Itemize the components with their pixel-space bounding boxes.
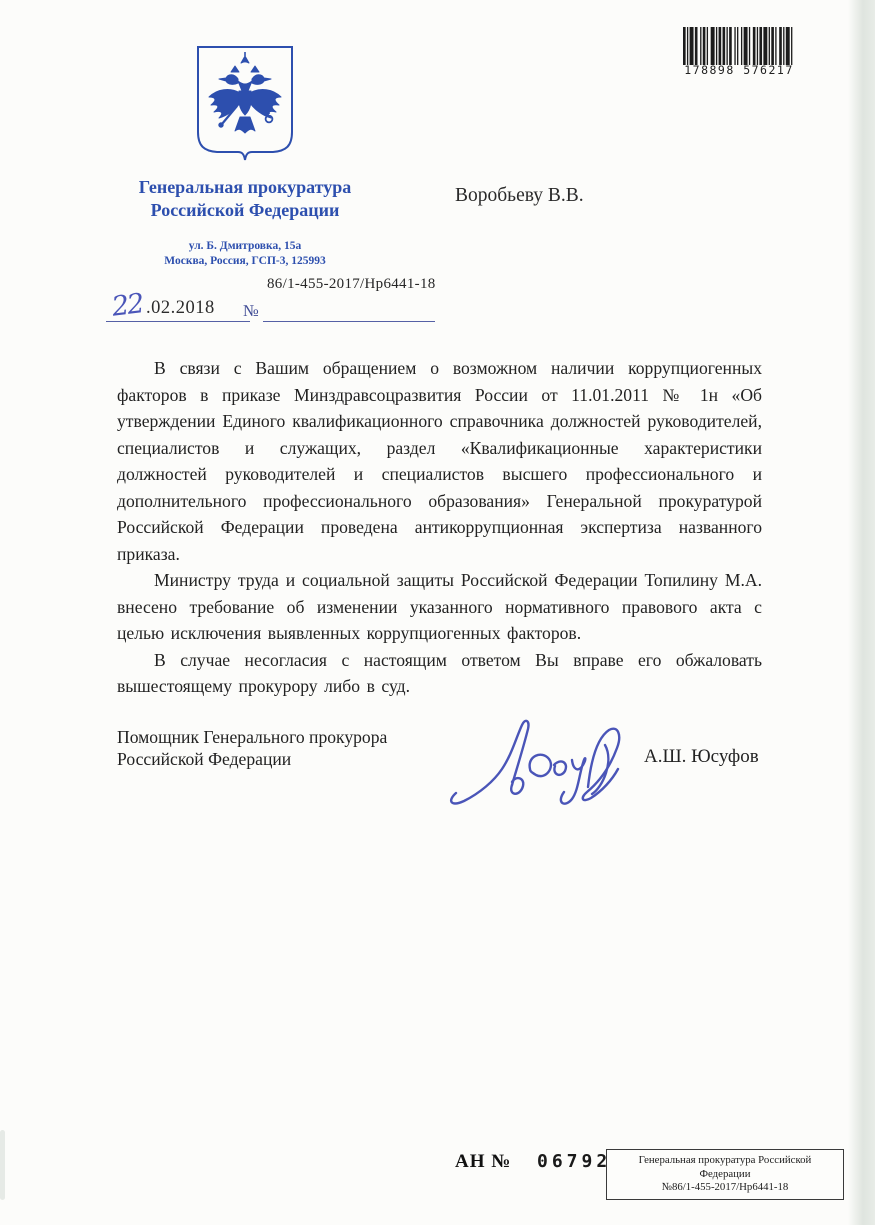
org-name-line2: Российской Федерации — [104, 199, 386, 222]
org-address-line1: ул. Б. Дмитровка, 15а — [104, 239, 386, 254]
stamp-org-line1: Генеральная прокуратура Российской — [613, 1154, 837, 1168]
barcode: 178898 576217 — [683, 27, 795, 76]
body-paragraph: В связи с Вашим обращением о возможном н… — [117, 355, 762, 567]
addressee-name: Воробьеву В.В. — [455, 185, 584, 207]
scan-edge-artifact — [0, 1130, 5, 1200]
body-paragraph: Министру труда и социальной защиты Росси… — [117, 567, 762, 647]
signatory-title-line2: Российской Федерации — [117, 749, 387, 771]
org-address: ул. Б. Дмитровка, 15а Москва, Россия, ГС… — [104, 239, 386, 268]
number-sign: № — [243, 301, 259, 321]
signatory-name: А.Ш. Юсуфов — [644, 746, 759, 768]
letter-body: В связи с Вашим обращением о возможном н… — [117, 355, 762, 700]
barcode-bars-icon — [683, 27, 795, 65]
number-underline — [263, 321, 435, 322]
outgoing-reference-number: 86/1-455-2017/Нр6441-18 — [267, 276, 436, 293]
printed-date: .02.2018 — [146, 298, 215, 319]
stamp-reference: №86/1-455-2017/Нр6441-18 — [613, 1181, 837, 1195]
handwritten-signature — [442, 697, 632, 813]
scan-edge-shadow — [848, 0, 875, 1225]
signatory-title: Помощник Генерального прокурора Российск… — [117, 727, 387, 770]
body-paragraph: В случае несогласия с настоящим ответом … — [117, 647, 762, 700]
date-underline — [106, 321, 250, 322]
blank-series-label: АН № — [455, 1151, 511, 1173]
org-name-line1: Генеральная прокуратура — [104, 176, 386, 199]
scanned-letter-page: 178898 576217 — [0, 0, 875, 1225]
org-name: Генеральная прокуратура Российской Федер… — [104, 176, 386, 222]
barcode-digits: 178898 576217 — [683, 64, 795, 76]
stamp-org-line2: Федерации — [613, 1168, 837, 1182]
org-address-line2: Москва, Россия, ГСП-3, 125993 — [104, 254, 386, 269]
coat-of-arms-icon — [194, 44, 296, 166]
handwritten-date-day: 22 — [110, 288, 144, 322]
registration-stamp: Генеральная прокуратура Российской Федер… — [606, 1149, 844, 1200]
signatory-title-line1: Помощник Генерального прокурора — [117, 727, 387, 749]
